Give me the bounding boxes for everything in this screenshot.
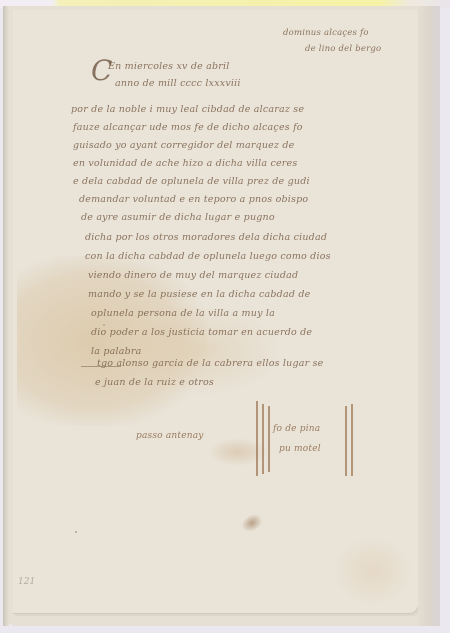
signature-flourish	[345, 406, 347, 476]
body-line: fauze alcançar ude mos fe de dicho alcaç…	[73, 122, 303, 133]
body-line: mando y se la pusiese en la dicha cabdad…	[88, 289, 310, 300]
signature-flourish	[262, 404, 264, 474]
body-line: por de la noble i muy leal cibdad de alc…	[71, 104, 304, 115]
header-note-line: dominus alcaçes fo	[283, 28, 369, 38]
water-stain	[333, 536, 413, 606]
body-line: con la dicha cabdad de oplunela luego co…	[85, 251, 331, 262]
dateline: anno de mill cccc lxxxviii	[115, 78, 241, 89]
paper-hole	[75, 531, 77, 533]
body-line: guisado yo ayant corregidor del marquez …	[73, 140, 295, 151]
body-line: de ayre asumir de dicha lugar e pugno	[81, 212, 275, 223]
body-line: viendo dinero de muy del marquez ciudad	[88, 270, 298, 281]
signature-left: passo antenay	[136, 431, 204, 441]
page-right-margin	[418, 6, 440, 626]
signature-right-upper: fo de pina	[273, 424, 320, 434]
body-line: e dela cabdad de oplunela de villa prez …	[73, 176, 310, 187]
body-line: tgo alonso garcia de la cabrera ellos lu…	[97, 358, 324, 369]
signature-flourish	[351, 404, 353, 476]
body-line: oplunela persona de la villa a muy la	[91, 308, 275, 319]
signature-flourish	[268, 406, 270, 472]
header-note-line: de lino del bergo	[305, 44, 381, 54]
folio-number: 121	[18, 577, 35, 587]
dateline: En miercoles xv de abril	[108, 61, 230, 72]
water-stain	[208, 438, 268, 466]
body-line: e juan de la ruiz e otros	[95, 377, 214, 388]
body-line: dicha por los otros moradores dela dicha…	[85, 232, 327, 243]
signature-right-lower: pu motel	[279, 444, 321, 454]
manuscript-page: dominus alcaçes fo de lino del bergo C E…	[3, 6, 440, 626]
body-line: dio poder a los justicia tomar en acuerd…	[91, 327, 312, 338]
paper-hole	[103, 324, 105, 326]
page-binding-edge	[3, 6, 9, 626]
body-line: demandar voluntad e en teporo a pnos obi…	[79, 194, 308, 205]
body-line: la palabra	[91, 346, 141, 357]
signature-flourish	[256, 401, 258, 476]
body-line: en volunidad de ache hizo a dicha villa …	[73, 158, 297, 169]
